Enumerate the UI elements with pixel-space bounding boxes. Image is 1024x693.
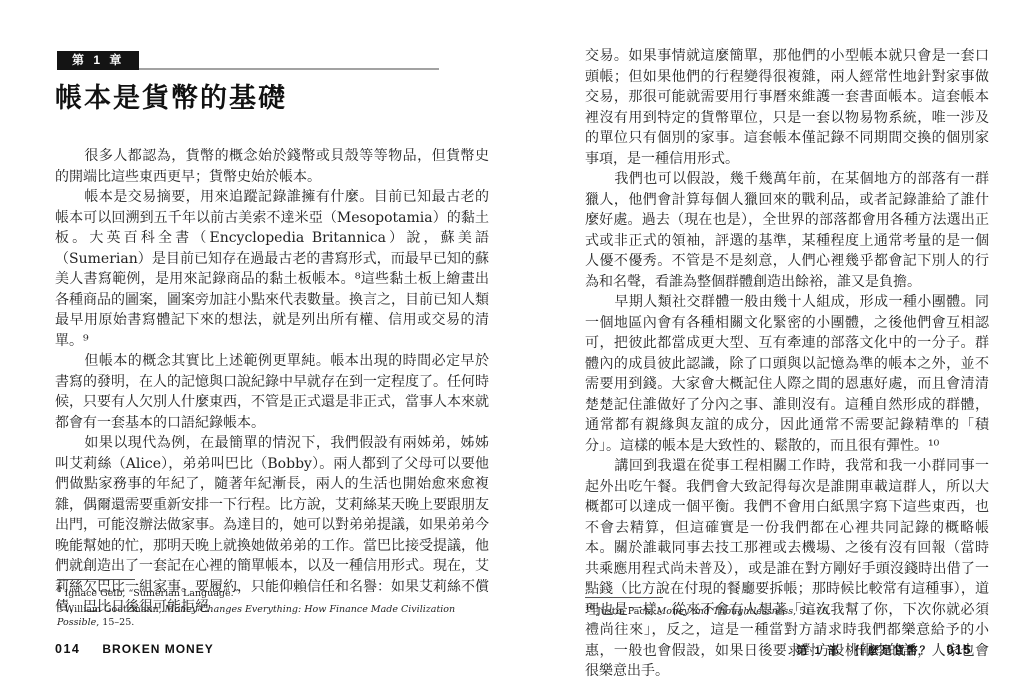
paragraph: 交易。如果事情就這麼簡單，那他們的小型帳本就只會是一套口頭帳；但如果他們的行程變… (585, 46, 989, 169)
right-page-body: 交易。如果事情就這麼簡單，那他們的小型帳本就只會是一套口頭帳；但如果他們的行程變… (585, 46, 989, 682)
footnote-marker: 10 (585, 604, 594, 612)
paragraph: 但帳本的概念其實比上述範例更單純。帳本出現的時間必定早於書寫的發明，在人的記憶與… (55, 351, 489, 433)
footnote-text: William Goetzmann, (65, 604, 165, 615)
book-spread: 第 1 章 帳本是貨幣的基礎 很多人都認為，貨幣的概念始於錢幣或貝殼等等物品，但… (0, 0, 1024, 693)
left-page-body: 很多人都認為，貨幣的概念始於錢幣或貝殼等等物品，但貨幣史的開端比這些東西更早；貨… (55, 146, 489, 618)
chapter-header-rule (139, 68, 439, 70)
footnote-text: , 51–70. (793, 606, 831, 617)
chapter-title: 帳本是貨幣的基礎 (55, 76, 287, 115)
footnote-rule (57, 579, 135, 580)
footnote-rule (585, 597, 663, 598)
paragraph: 很多人都認為，貨幣的概念始於錢幣或貝殼等等物品，但貨幣史的開端比這些東西更早；貨… (55, 146, 489, 187)
right-page-footer: 第 1 部 什麼是貨幣？ 015 (796, 642, 972, 658)
left-page-footnotes: 8 Ignace Gelb, “Sumerian Language.” 9 Wi… (57, 579, 487, 632)
chapter-number-badge: 第 1 章 (57, 51, 139, 70)
footnote-text: , 15–25. (96, 617, 134, 628)
footnote-marker: 8 (57, 586, 61, 594)
footnote-text: Justin Pack, (597, 606, 657, 617)
paragraph: 早期人類社交群體一般由幾十人組成，形成一種小團體。同一個地區內會有各種相關文化緊… (585, 292, 989, 456)
left-page-footer: 014 BROKEN MONEY (55, 642, 214, 656)
paragraph: 帳本是交易摘要，用來追蹤記錄誰擁有什麼。目前已知最古老的帳本可以回溯到五千年以前… (55, 187, 489, 351)
page-number: 015 (947, 643, 972, 657)
footnote-book-title: Money and Thoughtlessness (657, 606, 794, 617)
footnote: 9 William Goetzmann, Money Changes Every… (57, 603, 487, 630)
page-number: 014 (55, 642, 80, 656)
running-head-book-title: BROKEN MONEY (102, 642, 213, 656)
footnote-marker: 9 (57, 601, 61, 609)
right-page-footnotes: 10 Justin Pack, Money and Thoughtlessnes… (585, 597, 985, 621)
footnote: 8 Ignace Gelb, “Sumerian Language.” (57, 587, 487, 601)
chapter-header: 第 1 章 (57, 51, 439, 70)
running-head-part-title: 什麼是貨幣？ (855, 642, 933, 658)
paragraph: 我們也可以假設，幾千幾萬年前，在某個地方的部落有一群獵人，他們會計算每個人獵回來… (585, 169, 989, 292)
footnote: 10 Justin Pack, Money and Thoughtlessnes… (585, 605, 985, 619)
running-head-part-label: 第 1 部 (796, 642, 840, 658)
footnote-text: Ignace Gelb, “Sumerian Language.” (65, 588, 239, 599)
